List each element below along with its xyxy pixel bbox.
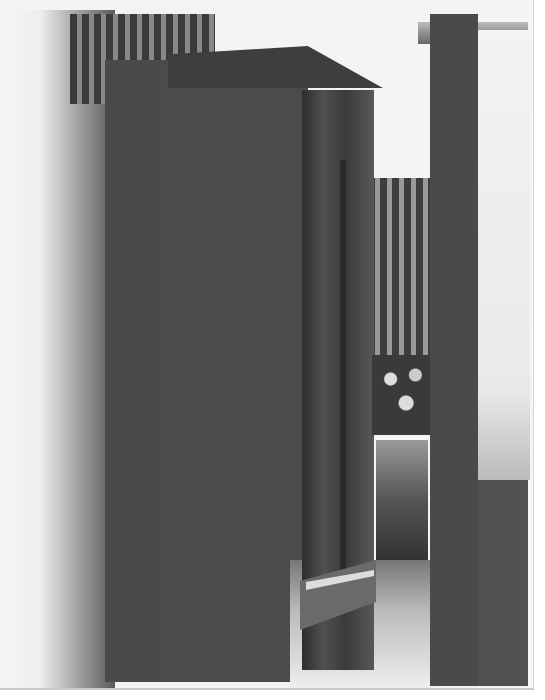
armoire-side	[160, 60, 308, 682]
window-sill-wall	[478, 480, 528, 686]
armoire-door-seam	[340, 160, 346, 580]
chair	[376, 440, 428, 560]
window	[478, 30, 530, 480]
striped-wallpaper-back	[368, 178, 432, 378]
flowers	[372, 355, 434, 435]
wall-shadow	[0, 10, 115, 690]
photo	[0, 0, 534, 690]
pillar	[430, 14, 478, 686]
side-panel	[105, 60, 165, 682]
